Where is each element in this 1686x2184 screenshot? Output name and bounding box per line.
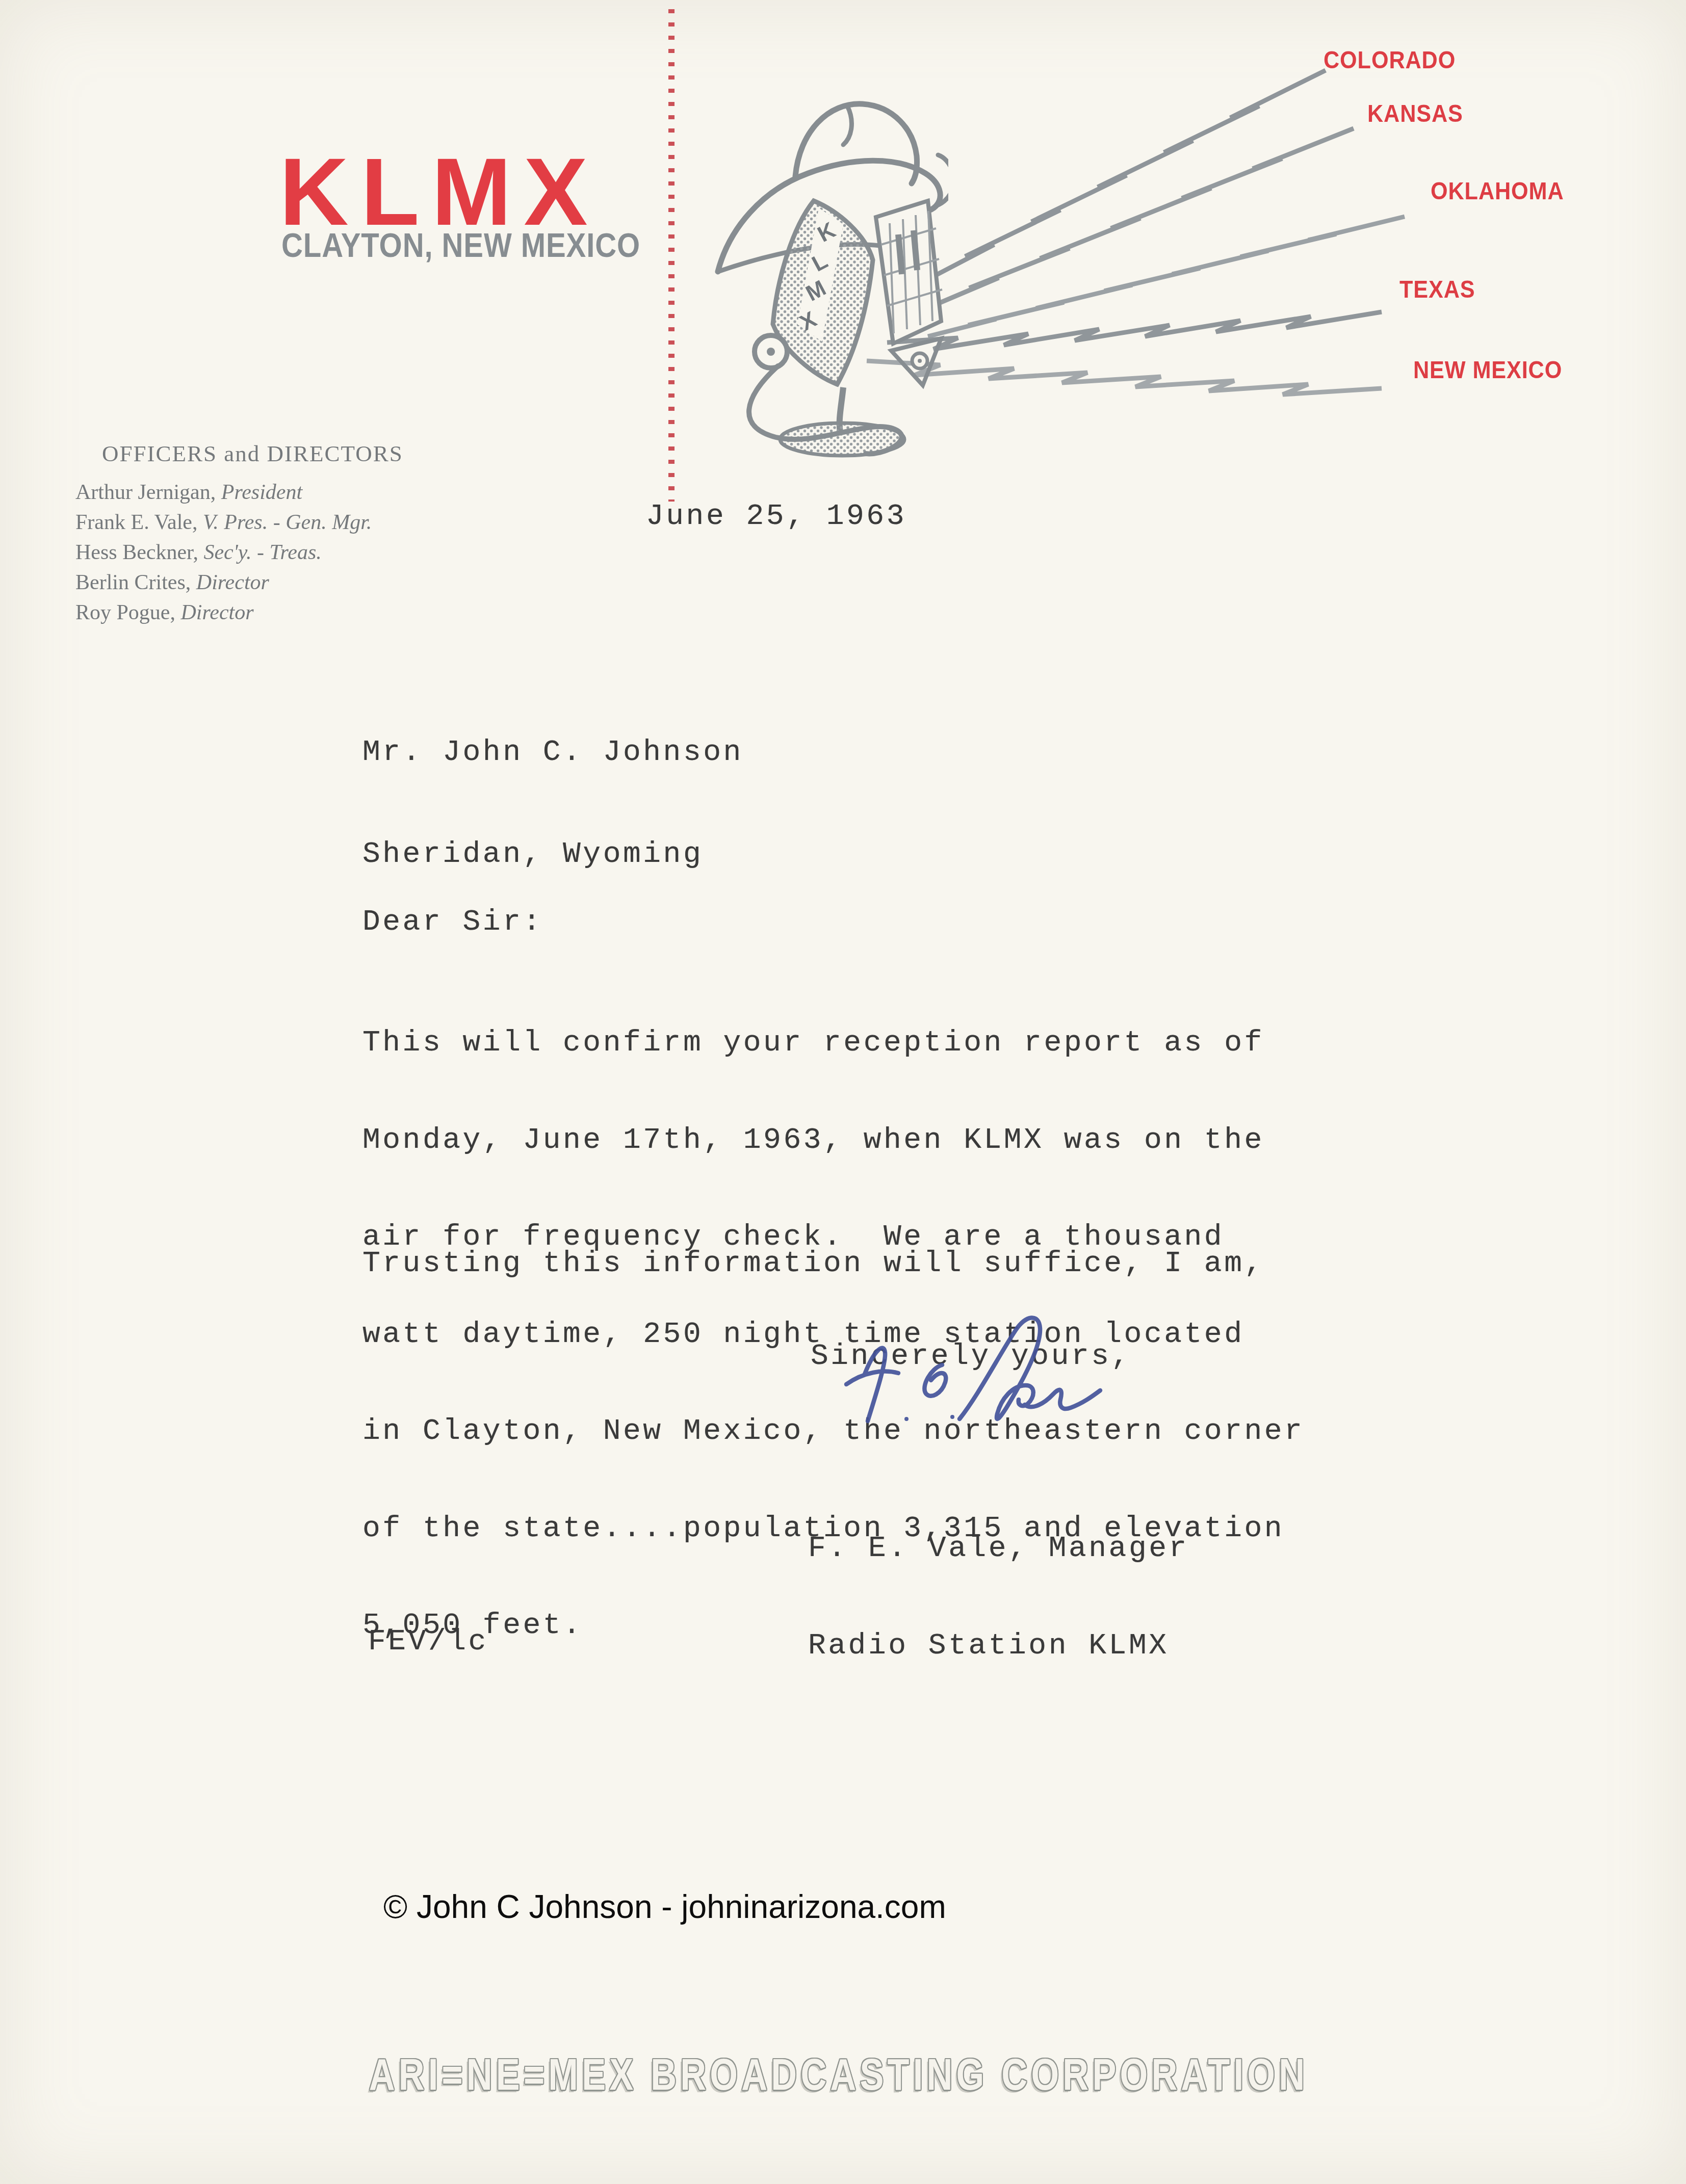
officer-row: Arthur Jernigan, President	[75, 478, 443, 508]
bolt-colorado	[928, 70, 1326, 279]
signature-graphic	[831, 1308, 1117, 1461]
recipient-city: Sheridan, Wyoming	[362, 838, 703, 871]
body-line: This will confirm your reception report …	[362, 1027, 1304, 1060]
bolt-texas	[887, 312, 1382, 349]
officer-row: Frank E. Vale, V. Pres. - Gen. Mgr.	[75, 508, 443, 538]
station-location: CLAYTON, NEW MEXICO	[281, 228, 640, 262]
reference-initials: FEV/lc	[368, 1626, 488, 1659]
signer-name-line: F. E. Vale, Manager	[808, 1533, 1189, 1565]
salutation: Dear Sir:	[362, 906, 543, 939]
state-label-oklahoma: OKLAHOMA	[1431, 179, 1564, 204]
red-dotted-separator	[668, 9, 675, 502]
signer-block: F. E. Vale, Manager Radio Station KLMX	[808, 1468, 1189, 1727]
officers-block: OFFICERS and DIRECTORS Arthur Jernigan, …	[75, 442, 443, 628]
hat-crease	[843, 106, 851, 145]
officer-row: Roy Pogue, Director	[75, 598, 443, 628]
officer-row: Berlin Crites, Director	[75, 568, 443, 598]
state-label-new-mexico: NEW MEXICO	[1413, 358, 1562, 383]
recipient-name: Mr. John C. Johnson	[362, 736, 743, 769]
body-line: Monday, June 17th, 1963, when KLMX was o…	[362, 1124, 1304, 1157]
cowboy-microphone-illustration: K L M X	[714, 55, 948, 458]
officer-row: Hess Beckner, Sec'y. - Treas.	[75, 538, 443, 568]
date-line: June 25, 1963	[646, 501, 906, 533]
station-logo: KLMX	[279, 144, 600, 240]
scanned-letter-page: KLMX CLAYTON, NEW MEXICO COLORADO KANSAS…	[0, 0, 1686, 2184]
officers-heading: OFFICERS and DIRECTORS	[102, 442, 443, 465]
signer-org-line: Radio Station KLMX	[808, 1630, 1189, 1663]
copyright-watermark: © John C Johnson - johninarizona.com	[383, 1889, 946, 1925]
officers-list: Arthur Jernigan, President Frank E. Vale…	[75, 478, 443, 628]
corporation-wordmark: ARI=NE=MEX BROADCASTING CORPORATION	[369, 2052, 1309, 2097]
closing-line: Trusting this information will suffice, …	[362, 1248, 1264, 1280]
